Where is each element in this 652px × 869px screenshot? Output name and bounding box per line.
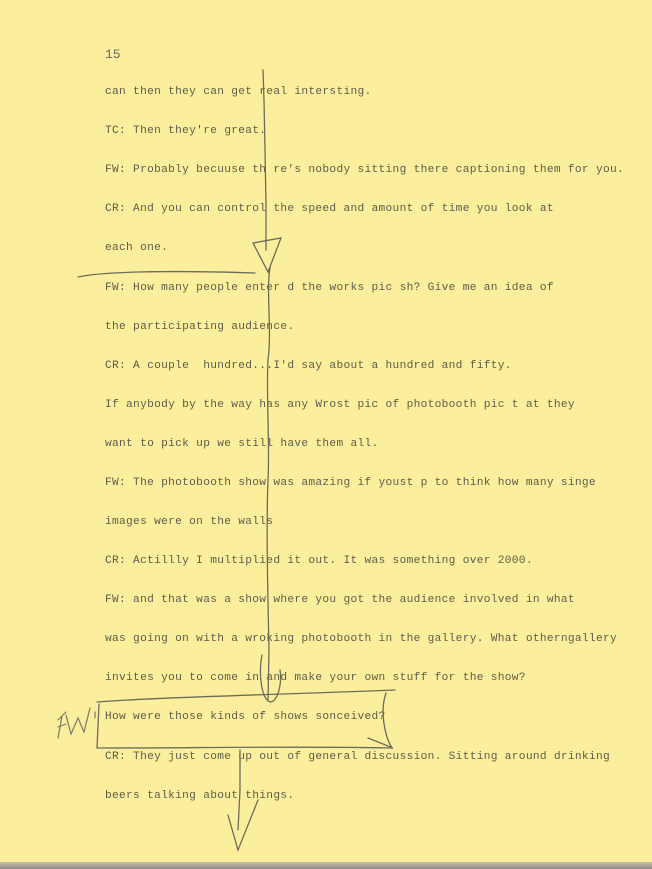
margin-note-fw: [0, 0, 652, 869]
boxed-question-line: How were those kinds of shows sonceived?: [105, 711, 386, 723]
transcript-line: FW: and that was a show where you got th…: [105, 594, 575, 606]
transcript-line: FW: The photobooth show was amazing if y…: [105, 477, 596, 489]
transcript-line: the participating audience.: [105, 321, 294, 333]
arrowhead-icon: [253, 238, 281, 272]
typed-page: 15 can then they can get real intersting…: [0, 0, 652, 862]
page-number: 15: [105, 47, 121, 62]
pencil-annotations: [0, 0, 652, 869]
transcript-line: want to pick up we still have them all.: [105, 438, 379, 450]
bracket-box-icon: [97, 690, 395, 702]
transcript-line: each one.: [105, 242, 168, 254]
horizontal-rule-icon: [78, 272, 255, 277]
transcript-line: CR: Actillly I multiplied it out. It was…: [105, 555, 533, 567]
transcript-line: FW: Probably becuuse th re's nobody sitt…: [105, 164, 624, 176]
transcript-line: FW: How many people enter d the works pi…: [105, 282, 554, 294]
transcript-line: images were on the walls: [105, 516, 273, 528]
transcript-line: can then they can get real intersting.: [105, 86, 372, 98]
arrowhead-icon: [228, 800, 258, 850]
transcript-line: CR: They just come up out of general dis…: [105, 751, 610, 763]
transcript-line: beers talking about things.: [105, 790, 294, 802]
page-bottom-edge: [0, 862, 652, 869]
transcript-line: CR: And you can control the speed and am…: [105, 203, 554, 215]
transcript-line: TC: Then they're great.: [105, 125, 266, 137]
transcript-line: If anybody by the way has any Wrost pic …: [105, 399, 575, 411]
transcript-line: was going on with a wroking photobooth i…: [105, 633, 617, 645]
transcript-line: invites you to come in and make your own…: [105, 672, 526, 684]
transcript-line: CR: A couple hundred...I'd say about a h…: [105, 360, 512, 372]
